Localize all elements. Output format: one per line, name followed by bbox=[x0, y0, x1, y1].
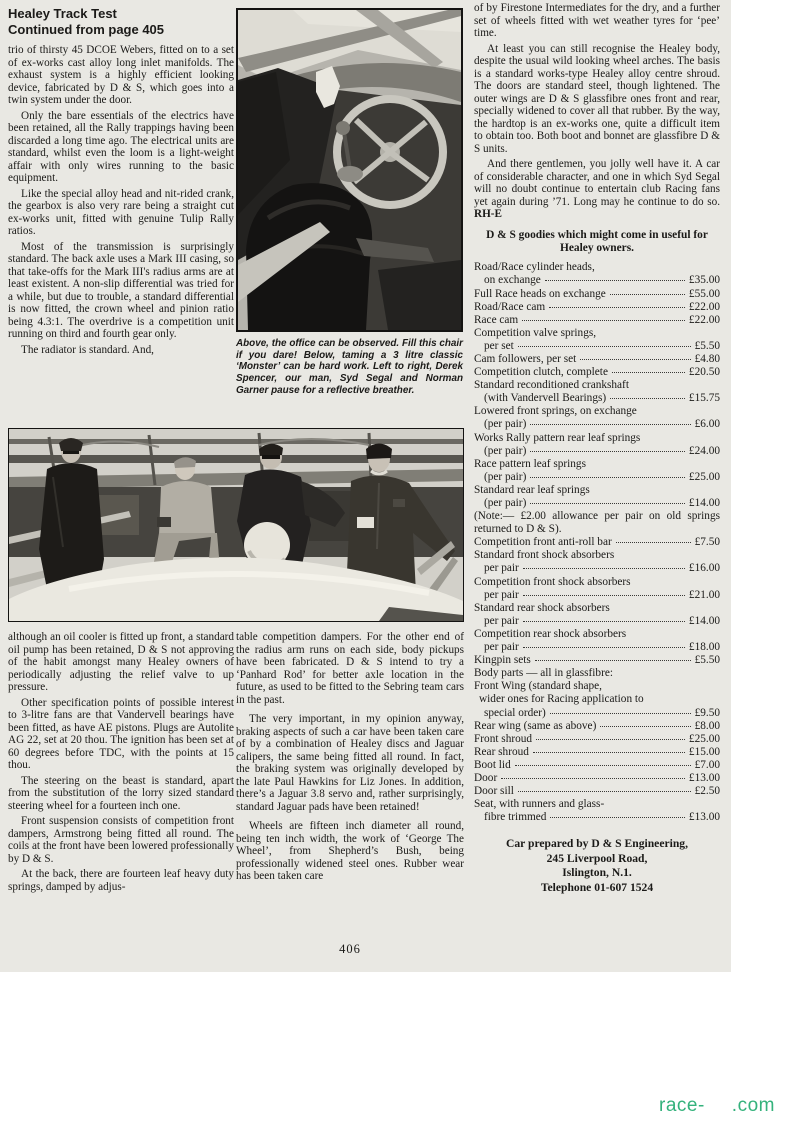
price-item-label: Road/Race cylinder heads, bbox=[474, 261, 720, 274]
paragraph: of by Firestone Intermediates for the dr… bbox=[474, 2, 720, 40]
price-item-label: Competition rear shock absorbers bbox=[474, 628, 720, 641]
price-value: £4.80 bbox=[695, 353, 720, 366]
dotted-leader bbox=[612, 372, 685, 373]
paragraph: trio of thirsty 45 DCOE Webers, fitted o… bbox=[8, 44, 234, 107]
price-item: Rear shroud£15.00 bbox=[474, 746, 720, 759]
price-item-label: Standard rear shock absorbers bbox=[474, 602, 720, 615]
cockpit-photo-art bbox=[238, 10, 461, 330]
dotted-leader bbox=[518, 346, 691, 347]
dotted-leader bbox=[530, 424, 690, 425]
price-item-label: per set bbox=[484, 340, 514, 353]
paragraph: At least you can still recognise the Hea… bbox=[474, 43, 720, 156]
paragraph: The radiator is standard. And, bbox=[8, 344, 234, 357]
paragraph: Like the special alloy head and nit-ride… bbox=[8, 188, 234, 238]
price-item: Competition front anti-roll bar£7.50 bbox=[474, 536, 720, 549]
dotted-leader bbox=[535, 660, 691, 661]
dotted-leader bbox=[515, 765, 691, 766]
watermark-right[interactable]: .com bbox=[732, 1095, 775, 1117]
price-item-label: Competition front shock absorbers bbox=[474, 576, 720, 589]
price-item-label: (per pair) bbox=[484, 497, 526, 510]
dotted-leader bbox=[616, 542, 691, 543]
paragraph: although an oil cooler is fitted up fron… bbox=[8, 631, 234, 694]
dotted-leader bbox=[610, 398, 685, 399]
dotted-leader bbox=[610, 294, 685, 295]
price-item: Front shroud£25.00 bbox=[474, 733, 720, 746]
price-item: per pair£14.00 bbox=[474, 615, 720, 628]
price-note: Body parts — all in glassfibre: bbox=[474, 667, 720, 680]
contact-line: Car prepared by D & S Engineering, bbox=[474, 837, 720, 852]
price-value: £20.50 bbox=[689, 366, 720, 379]
price-value: £21.00 bbox=[689, 589, 720, 602]
price-item-label: per pair bbox=[484, 615, 519, 628]
price-item-label: Seat, with runners and glass- bbox=[474, 798, 720, 811]
price-item-label: Race cam bbox=[474, 314, 518, 327]
contact-line: 245 Liverpool Road, bbox=[474, 852, 720, 867]
dotted-leader bbox=[523, 621, 685, 622]
dotted-leader bbox=[536, 739, 685, 740]
body-text: although an oil cooler is fitted up fron… bbox=[8, 631, 234, 893]
price-value: £15.75 bbox=[689, 392, 720, 405]
dotted-leader bbox=[533, 752, 685, 753]
dotted-leader bbox=[523, 647, 685, 648]
price-value: £24.00 bbox=[689, 445, 720, 458]
price-value: £35.00 bbox=[689, 274, 720, 287]
price-item: (per pair)£25.00 bbox=[474, 471, 720, 484]
price-item: per pair£16.00 bbox=[474, 562, 720, 575]
body-text: trio of thirsty 45 DCOE Webers, fitted o… bbox=[8, 44, 234, 356]
price-item-label: Road/Race cam bbox=[474, 301, 545, 314]
price-value: £7.50 bbox=[695, 536, 720, 549]
watermark[interactable]: race- .com bbox=[659, 1095, 775, 1117]
price-item-label: (with Vandervell Bearings) bbox=[484, 392, 606, 405]
price-item-label: on exchange bbox=[484, 274, 541, 287]
dotted-leader bbox=[530, 451, 685, 452]
dotted-leader bbox=[523, 595, 685, 596]
dotted-leader bbox=[530, 477, 685, 478]
watermark-left[interactable]: race- bbox=[659, 1095, 705, 1117]
price-item-label: Front shroud bbox=[474, 733, 532, 746]
price-item: Door sill£2.50 bbox=[474, 785, 720, 798]
dotted-leader bbox=[501, 778, 685, 779]
body-text: table competition dampers. For the other… bbox=[236, 631, 464, 883]
price-item-label: (per pair) bbox=[484, 471, 526, 484]
price-value: £25.00 bbox=[689, 733, 720, 746]
price-item-label: Door sill bbox=[474, 785, 514, 798]
price-value: £7.00 bbox=[695, 759, 720, 772]
price-item: Road/Race cam£22.00 bbox=[474, 301, 720, 314]
price-value: £5.50 bbox=[695, 654, 720, 667]
dotted-leader bbox=[550, 713, 691, 714]
price-item: (per pair)£6.00 bbox=[474, 418, 720, 431]
contact-line: Islington, N.1. bbox=[474, 866, 720, 881]
price-item-label: Rear wing (same as above) bbox=[474, 720, 596, 733]
dotted-leader bbox=[550, 817, 684, 818]
left-column-top: Healey Track Test Continued from page 40… bbox=[8, 6, 234, 359]
cockpit-photo bbox=[236, 8, 463, 332]
price-item: Competition clutch, complete£20.50 bbox=[474, 366, 720, 379]
price-item-label: Full Race heads on exchange bbox=[474, 288, 606, 301]
dotted-leader bbox=[545, 280, 685, 281]
price-value: £6.00 bbox=[695, 418, 720, 431]
photo-caption: Above, the office can be observed. Fill … bbox=[236, 338, 463, 397]
paragraph: Wheels are fifteen inch diameter all rou… bbox=[236, 820, 464, 883]
price-item-label: fibre trimmed bbox=[484, 811, 546, 824]
price-item-label: Rear shroud bbox=[474, 746, 529, 759]
body-text: of by Firestone Intermediates for the dr… bbox=[474, 2, 720, 221]
price-value: £14.00 bbox=[689, 615, 720, 628]
left-column-bottom: although an oil cooler is fitted up fron… bbox=[8, 631, 234, 896]
pit-crew-photo bbox=[8, 428, 464, 622]
price-item-label: Race pattern leaf springs bbox=[474, 458, 720, 471]
price-item-label: Kingpin sets bbox=[474, 654, 531, 667]
price-value: £13.00 bbox=[689, 772, 720, 785]
article-header: Healey Track Test Continued from page 40… bbox=[8, 6, 234, 37]
price-value: £9.50 bbox=[695, 707, 720, 720]
price-value: £55.00 bbox=[689, 288, 720, 301]
dotted-leader bbox=[530, 503, 685, 504]
price-item-label: Boot lid bbox=[474, 759, 511, 772]
price-value: £22.00 bbox=[689, 314, 720, 327]
price-list: Road/Race cylinder heads,on exchange£35.… bbox=[474, 261, 720, 824]
price-item: fibre trimmed£13.00 bbox=[474, 811, 720, 824]
price-value: £5.50 bbox=[695, 340, 720, 353]
paragraph: At the back, there are fourteen leaf hea… bbox=[8, 868, 234, 893]
price-value: £2.50 bbox=[695, 785, 720, 798]
price-item: per pair£18.00 bbox=[474, 641, 720, 654]
price-item-label: (per pair) bbox=[484, 445, 526, 458]
contact-block: Car prepared by D & S Engineering,245 Li… bbox=[474, 837, 720, 895]
paragraph: The very important, in my opinion anyway… bbox=[236, 713, 464, 813]
price-value: £15.00 bbox=[689, 746, 720, 759]
article-title: Healey Track Test bbox=[8, 6, 234, 22]
price-list-heading: D & S goodies which might come in useful… bbox=[480, 229, 714, 256]
price-value: £22.00 bbox=[689, 301, 720, 314]
price-value: £8.00 bbox=[695, 720, 720, 733]
price-item-label: per pair bbox=[484, 641, 519, 654]
price-item: Rear wing (same as above)£8.00 bbox=[474, 720, 720, 733]
price-item-label: Competition clutch, complete bbox=[474, 366, 608, 379]
paragraph: Only the bare essentials of the electric… bbox=[8, 110, 234, 185]
contact-line: Telephone 01-607 1524 bbox=[474, 881, 720, 896]
price-item-label: Door bbox=[474, 772, 497, 785]
price-item: Full Race heads on exchange£55.00 bbox=[474, 288, 720, 301]
price-item: per pair£21.00 bbox=[474, 589, 720, 602]
price-item: Door£13.00 bbox=[474, 772, 720, 785]
price-item-label: per pair bbox=[484, 589, 519, 602]
price-item-label: Standard reconditioned crankshaft bbox=[474, 379, 720, 392]
price-item-label: per pair bbox=[484, 562, 519, 575]
price-item-label: Competition front anti-roll bar bbox=[474, 536, 612, 549]
paragraph: Most of the transmission is surprisingly… bbox=[8, 241, 234, 341]
price-value: £16.00 bbox=[689, 562, 720, 575]
price-item-label: wider ones for Racing application to bbox=[474, 693, 720, 706]
paragraph: Front suspension consists of competition… bbox=[8, 815, 234, 865]
price-item-label: Cam followers, per set bbox=[474, 353, 576, 366]
price-value: £18.00 bbox=[689, 641, 720, 654]
price-item: Boot lid£7.00 bbox=[474, 759, 720, 772]
author-initials: RH-E bbox=[474, 208, 502, 220]
dotted-leader bbox=[523, 568, 685, 569]
price-item: special order)£9.50 bbox=[474, 707, 720, 720]
price-item: (per pair)£24.00 bbox=[474, 445, 720, 458]
middle-column-bottom: table competition dampers. For the other… bbox=[236, 631, 464, 890]
price-item-label: Standard front shock absorbers bbox=[474, 549, 720, 562]
paragraph: The steering on the beast is standard, a… bbox=[8, 775, 234, 813]
price-value: £13.00 bbox=[689, 811, 720, 824]
pit-crew-photo-art bbox=[9, 429, 463, 621]
price-item-label: Standard rear leaf springs bbox=[474, 484, 720, 497]
price-item-label: (per pair) bbox=[484, 418, 526, 431]
magazine-page: Healey Track Test Continued from page 40… bbox=[0, 0, 731, 972]
dotted-leader bbox=[549, 307, 685, 308]
price-item-label: Lowered front springs, on exchange bbox=[474, 405, 720, 418]
price-value: £25.00 bbox=[689, 471, 720, 484]
price-item: Kingpin sets£5.50 bbox=[474, 654, 720, 667]
paragraph: And there gentlemen, you jolly well have… bbox=[474, 158, 720, 221]
dotted-leader bbox=[580, 359, 690, 360]
paragraph: table competition dampers. For the other… bbox=[236, 631, 464, 706]
price-item: (per pair)£14.00 bbox=[474, 497, 720, 510]
dotted-leader bbox=[600, 726, 690, 727]
price-item-label: special order) bbox=[484, 707, 546, 720]
price-item: per set£5.50 bbox=[474, 340, 720, 353]
page-number: 406 bbox=[236, 942, 464, 957]
price-item-label: Front Wing (standard shape, bbox=[474, 680, 720, 693]
article-subtitle: Continued from page 405 bbox=[8, 22, 234, 38]
price-item: (with Vandervell Bearings)£15.75 bbox=[474, 392, 720, 405]
price-value: £14.00 bbox=[689, 497, 720, 510]
price-item: Race cam£22.00 bbox=[474, 314, 720, 327]
right-column: of by Firestone Intermediates for the dr… bbox=[474, 2, 720, 895]
price-item: on exchange£35.00 bbox=[474, 274, 720, 287]
price-note: (Note:— £2.00 allowance per pair on old … bbox=[474, 510, 720, 536]
price-item-label: Competition valve springs, bbox=[474, 327, 720, 340]
price-item: Cam followers, per set£4.80 bbox=[474, 353, 720, 366]
dotted-leader bbox=[518, 791, 691, 792]
price-item-label: Works Rally pattern rear leaf springs bbox=[474, 432, 720, 445]
paragraph: Other specification points of possible i… bbox=[8, 697, 234, 772]
dotted-leader bbox=[522, 320, 685, 321]
